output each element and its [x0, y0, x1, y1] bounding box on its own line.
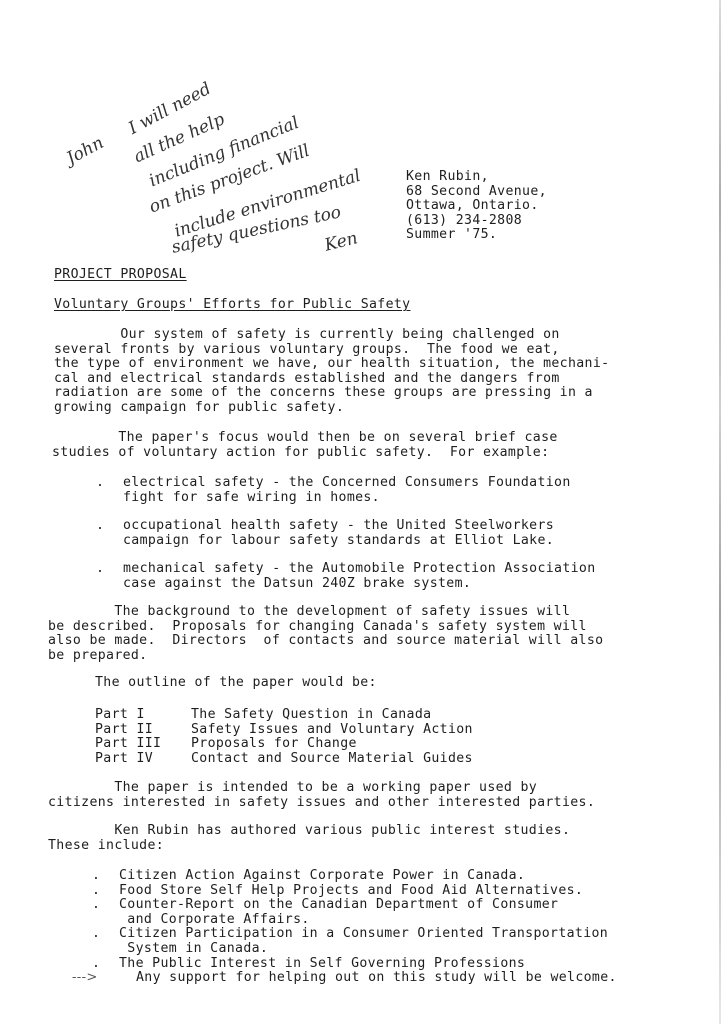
bullet-icon: .	[92, 884, 100, 899]
paragraph-line: These include:	[48, 839, 164, 854]
bullet-icon: .	[92, 927, 100, 942]
bullet-icon: .	[96, 562, 104, 577]
page-edge-scan-artifact	[719, 0, 721, 1024]
list-item: occupational health safety - the United …	[123, 519, 554, 534]
paragraph-line: radiation are some of the concerns these…	[54, 386, 593, 401]
list-item: mechanical safety - the Automobile Prote…	[123, 562, 596, 577]
sender-phone: (613) 234-2808	[406, 214, 522, 229]
paragraph-line: The paper's focus would then be on sever…	[52, 431, 558, 446]
list-item: Citizen Participation in a Consumer Orie…	[119, 927, 608, 942]
heading: PROJECT PROPOSAL	[54, 268, 187, 283]
outline-title: Proposals for Change	[191, 737, 357, 752]
note-line: John	[63, 133, 107, 169]
paragraph-line: Ken Rubin has authored various public in…	[48, 824, 570, 839]
closing-text: Any support for helping out on this stud…	[136, 971, 617, 986]
paragraph-line: be described. Proposals for changing Can…	[48, 620, 587, 635]
outline-title: The Safety Question in Canada	[191, 708, 431, 723]
bullet-icon: .	[92, 869, 100, 884]
paragraph-line: the type of environment we have, our hea…	[54, 357, 609, 372]
list-item: System in Canada.	[119, 942, 268, 957]
sender-date: Summer '75.	[406, 228, 497, 243]
outline-part: Part II	[95, 723, 153, 738]
sender-street: 68 Second Avenue,	[406, 185, 547, 200]
paragraph-line: be prepared.	[48, 649, 147, 664]
proposal-title: Voluntary Groups' Efforts for Public Saf…	[54, 298, 410, 313]
paragraph-line: growing campaign for public safety.	[54, 401, 344, 416]
paragraph-line: cal and electrical standards established…	[54, 372, 560, 387]
list-item: Counter-Report on the Canadian Departmen…	[119, 898, 558, 913]
outline-title: Safety Issues and Voluntary Action	[191, 723, 473, 738]
outline-part: Part IV	[95, 752, 153, 767]
paragraph-line: several fronts by various voluntary grou…	[54, 343, 560, 358]
list-item: and Corporate Affairs.	[119, 913, 310, 928]
paragraph-line: studies of voluntary action for public s…	[52, 446, 549, 461]
paragraph-line: also be made. Directors of contacts and …	[48, 634, 603, 649]
list-item: Food Store Self Help Projects and Food A…	[119, 884, 583, 899]
list-item: Citizen Action Against Corporate Power i…	[119, 869, 525, 884]
paragraph-line: citizens interested in safety issues and…	[48, 796, 595, 811]
outline-part: Part III	[95, 737, 161, 752]
list-item: The Public Interest in Self Governing Pr…	[119, 957, 525, 972]
paragraph-line: The background to the development of saf…	[48, 605, 570, 620]
outline-title: Contact and Source Material Guides	[191, 752, 473, 767]
bullet-icon: .	[96, 476, 104, 491]
note-signature: Ken	[323, 228, 360, 255]
sender-city: Ottawa, Ontario.	[406, 199, 539, 214]
list-item: electrical safety - the Concerned Consum…	[123, 476, 571, 491]
outline-part: Part I	[95, 708, 145, 723]
list-item: campaign for labour safety standards at …	[123, 534, 554, 549]
outline-intro: The outline of the paper would be:	[95, 676, 377, 691]
bullet-icon: .	[92, 957, 100, 972]
paragraph-line: The paper is intended to be a working pa…	[48, 781, 537, 796]
list-item: fight for safe wiring in homes.	[123, 491, 380, 506]
bullet-icon: .	[92, 898, 100, 913]
bullet-icon: .	[96, 519, 104, 534]
list-item: case against the Datsun 240Z brake syste…	[123, 577, 471, 592]
arrow-icon: --->	[72, 971, 98, 986]
sender-name: Ken Rubin,	[406, 170, 489, 185]
paragraph-line: Our system of safety is currently being …	[54, 328, 560, 343]
